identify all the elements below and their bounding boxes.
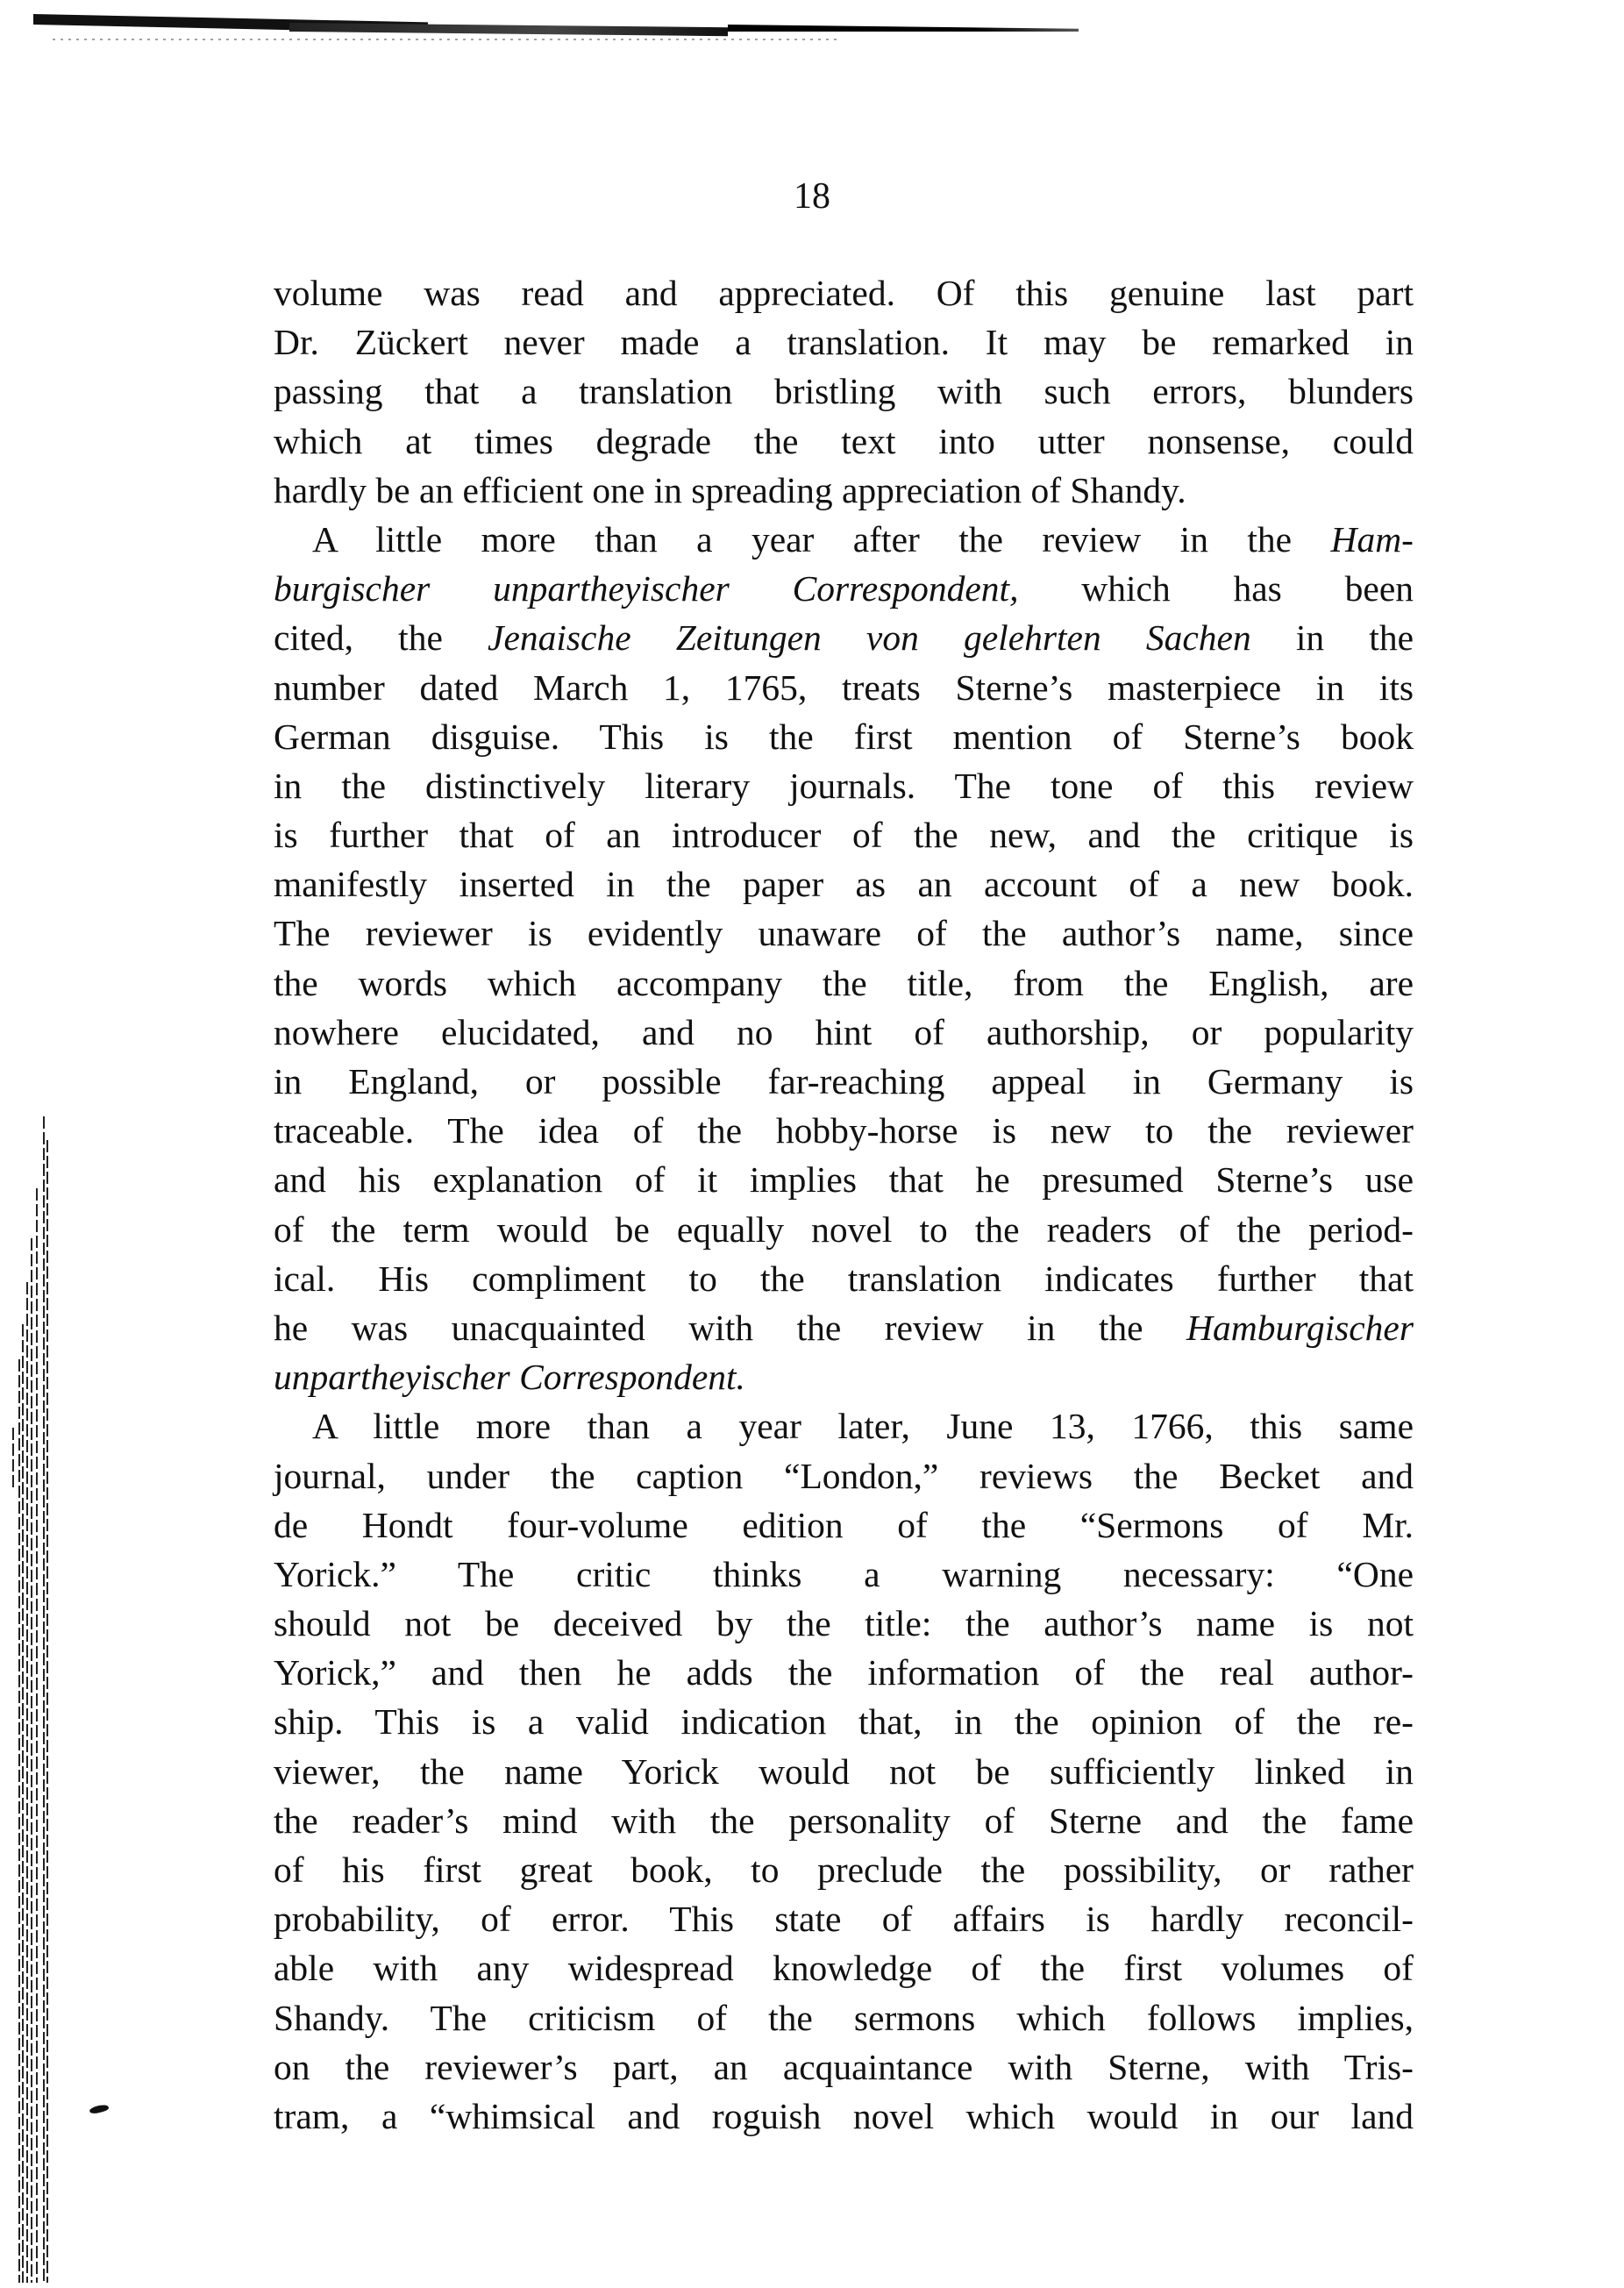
text-run: cited, the xyxy=(274,617,488,658)
italic-title: Ham- xyxy=(1330,519,1414,560)
paragraph: A little more than a year after the revi… xyxy=(274,515,1414,1401)
text-run: de Hondt four-volume edition of the “Ser… xyxy=(274,1505,1414,1545)
text-run: able with any widespread knowledge of th… xyxy=(274,1948,1414,1988)
text-line: manifestly inserted in the paper as an a… xyxy=(274,859,1414,909)
text-line: is further that of an introducer of the … xyxy=(274,810,1414,859)
scan-artifact-top-bar xyxy=(289,23,728,36)
italic-title: unpartheyischer Correspondent. xyxy=(274,1357,745,1397)
text-line: in the distinctively literary journals. … xyxy=(274,761,1414,810)
scan-artifact-speckle xyxy=(53,39,842,40)
text-line: viewer, the name Yorick would not be suf… xyxy=(274,1747,1414,1796)
text-run: he was unacquainted with the review in t… xyxy=(274,1308,1186,1348)
text-run: hardly be an efficient one in spreading … xyxy=(274,470,1186,510)
scan-artifact-margin-line xyxy=(43,1116,45,2283)
text-run: tram, a “whimsical and roguish novel whi… xyxy=(274,2096,1414,2136)
text-run: A little more than a year after the revi… xyxy=(312,519,1330,560)
text-run: of the term would be equally novel to th… xyxy=(274,1209,1414,1250)
text-line: Yorick.” The critic thinks a warning nec… xyxy=(274,1550,1414,1599)
text-run: the reader’s mind with the personality o… xyxy=(274,1800,1414,1841)
text-run: number dated March 1, 1765, treats Stern… xyxy=(274,667,1414,708)
text-run: journal, under the caption “London,” rev… xyxy=(274,1456,1414,1496)
page-number: 18 xyxy=(0,175,1624,217)
scan-artifact-margin-line xyxy=(36,1188,38,2283)
text-line: Shandy. The criticism of the sermons whi… xyxy=(274,1993,1414,2042)
body-text: volume was read and appreciated. Of this… xyxy=(274,268,1414,2141)
text-line: burgischer unpartheyischer Correspondent… xyxy=(274,564,1414,613)
text-line: A little more than a year later, June 13… xyxy=(274,1401,1414,1450)
text-line: probability, of error. This state of aff… xyxy=(274,1894,1414,1943)
text-run: which has been xyxy=(1018,568,1414,609)
text-run: which at times degrade the text into utt… xyxy=(274,421,1414,461)
text-run: Shandy. The criticism of the sermons whi… xyxy=(274,1998,1414,2038)
text-line: should not be deceived by the title: the… xyxy=(274,1599,1414,1648)
text-run: is further that of an introducer of the … xyxy=(274,815,1414,855)
text-line: of the term would be equally novel to th… xyxy=(274,1205,1414,1254)
text-line: cited, the Jenaische Zeitungen von geleh… xyxy=(274,613,1414,662)
paragraph: A little more than a year later, June 13… xyxy=(274,1401,1414,2141)
text-line: nowhere elucidated, and no hint of autho… xyxy=(274,1008,1414,1057)
text-run: manifestly inserted in the paper as an a… xyxy=(274,864,1414,904)
text-run: should not be deceived by the title: the… xyxy=(274,1603,1414,1643)
italic-title: Jenaische Zeitungen von gelehrten Sachen xyxy=(488,617,1251,658)
text-run: and his explanation of it implies that h… xyxy=(274,1159,1414,1200)
text-run: probability, of error. This state of aff… xyxy=(274,1899,1414,1939)
text-run: in England, or possible far-reaching app… xyxy=(274,1061,1414,1101)
scan-artifact-margin-line xyxy=(12,1428,14,1489)
italic-title: Hamburgischer xyxy=(1186,1308,1414,1348)
text-run: Yorick.” The critic thinks a warning nec… xyxy=(274,1554,1414,1594)
scan-artifact-top-bar xyxy=(728,25,1079,32)
text-line: ship. This is a valid indication that, i… xyxy=(274,1697,1414,1746)
text-line: German disguise. This is the first menti… xyxy=(274,712,1414,761)
text-line: hardly be an efficient one in spreading … xyxy=(274,466,1414,515)
text-run: in the distinctively literary journals. … xyxy=(274,766,1414,806)
text-line: of his first great book, to preclude the… xyxy=(274,1845,1414,1894)
text-line: the words which accompany the title, fro… xyxy=(274,959,1414,1008)
scan-artifact-margin-line xyxy=(18,1359,20,2283)
text-line: tram, a “whimsical and roguish novel whi… xyxy=(274,2092,1414,2141)
text-line: Dr. Zückert never made a translation. It… xyxy=(274,317,1414,367)
text-line: he was unacquainted with the review in t… xyxy=(274,1303,1414,1352)
text-line: in England, or possible far-reaching app… xyxy=(274,1057,1414,1106)
text-line: volume was read and appreciated. Of this… xyxy=(274,268,1414,317)
scan-artifact-margin-line xyxy=(26,1282,28,2283)
text-run: viewer, the name Yorick would not be suf… xyxy=(274,1751,1414,1792)
scan-artifact-ink-blot xyxy=(89,2103,109,2114)
text-line: number dated March 1, 1765, treats Stern… xyxy=(274,663,1414,712)
text-run: The reviewer is evidently unaware of the… xyxy=(274,913,1414,953)
text-run: in the xyxy=(1251,617,1414,658)
text-line: unpartheyischer Correspondent. xyxy=(274,1352,1414,1401)
text-run: nowhere elucidated, and no hint of autho… xyxy=(274,1012,1414,1052)
text-line: journal, under the caption “London,” rev… xyxy=(274,1451,1414,1500)
text-line: Yorick,” and then he adds the informatio… xyxy=(274,1648,1414,1697)
text-line: A little more than a year after the revi… xyxy=(274,515,1414,564)
text-line: on the reviewer’s part, an acquaintance … xyxy=(274,2042,1414,2092)
text-line: and his explanation of it implies that h… xyxy=(274,1155,1414,1204)
text-run: of his first great book, to preclude the… xyxy=(274,1850,1414,1890)
paragraph: volume was read and appreciated. Of this… xyxy=(274,268,1414,515)
text-run: Yorick,” and then he adds the informatio… xyxy=(274,1652,1414,1693)
text-run: on the reviewer’s part, an acquaintance … xyxy=(274,2047,1414,2087)
text-run: the words which accompany the title, fro… xyxy=(274,963,1414,1003)
italic-title: burgischer unpartheyischer Correspondent… xyxy=(274,568,1018,609)
text-run: German disguise. This is the first menti… xyxy=(274,716,1414,757)
scan-artifact-margin-line xyxy=(31,1238,32,2283)
scan-artifact-margin-line xyxy=(46,1140,48,2283)
text-line: ical. His compliment to the translation … xyxy=(274,1254,1414,1303)
text-run: ship. This is a valid indication that, i… xyxy=(274,1701,1414,1742)
text-run: volume was read and appreciated. Of this… xyxy=(274,273,1414,313)
text-run: A little more than a year later, June 13… xyxy=(312,1406,1414,1446)
text-line: which at times degrade the text into utt… xyxy=(274,417,1414,466)
text-run: passing that a translation bristling wit… xyxy=(274,371,1414,411)
text-line: traceable. The idea of the hobby-horse i… xyxy=(274,1106,1414,1155)
text-run: ical. His compliment to the translation … xyxy=(274,1258,1414,1299)
text-run: Dr. Zückert never made a translation. It… xyxy=(274,322,1414,362)
text-line: the reader’s mind with the personality o… xyxy=(274,1796,1414,1845)
text-line: passing that a translation bristling wit… xyxy=(274,367,1414,416)
text-run: traceable. The idea of the hobby-horse i… xyxy=(274,1110,1414,1151)
text-line: de Hondt four-volume edition of the “Ser… xyxy=(274,1500,1414,1550)
scan-artifact-margin-line xyxy=(22,1324,24,2283)
text-line: able with any widespread knowledge of th… xyxy=(274,1943,1414,1992)
text-line: The reviewer is evidently unaware of the… xyxy=(274,909,1414,958)
